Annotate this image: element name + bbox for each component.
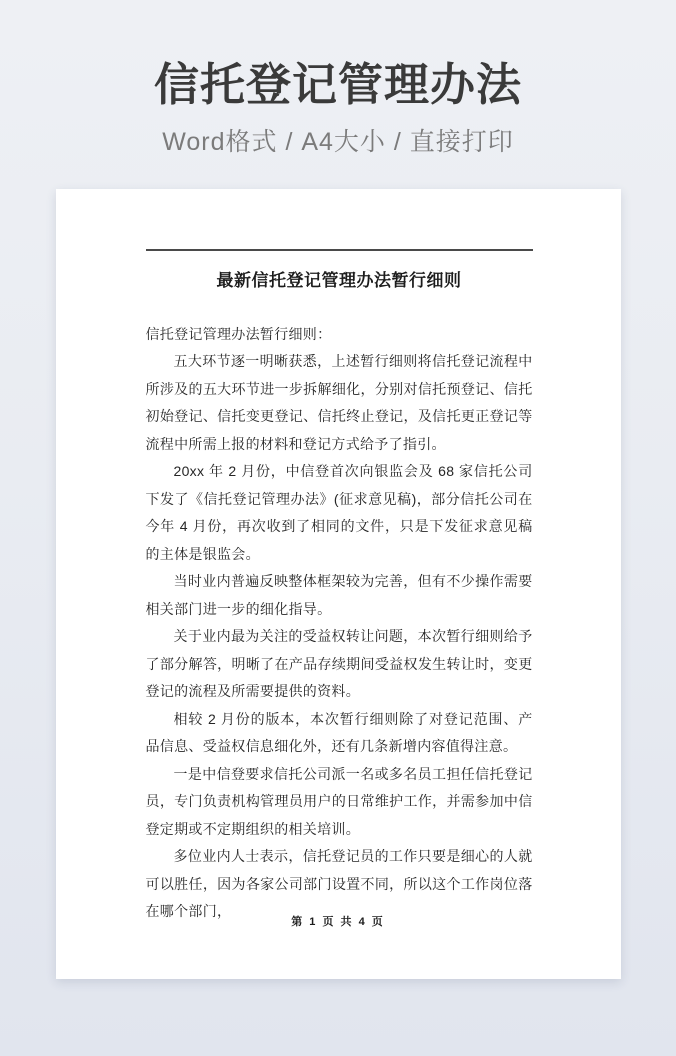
doc-paragraph: 关于业内最为关注的受益权转让问题，本次暂行细则给予了部分解答，明晰了在产品存续期… [146, 623, 533, 706]
doc-paragraph: 五大环节逐一明晰获悉，上述暂行细则将信托登记流程中所涉及的五大环节进一步拆解细化… [146, 348, 533, 458]
banner: 信托登记管理办法 Word格式 / A4大小 / 直接打印 [0, 0, 676, 158]
doc-paragraph: 20xx 年 2 月份，中信登首次向银监会及 68 家信托公司下发了《信托登记管… [146, 458, 533, 568]
document-content: 最新信托登记管理办法暂行细则 信托登记管理办法暂行细则： 五大环节逐一明晰获悉，… [56, 189, 621, 926]
banner-title: 信托登记管理办法 [0, 60, 676, 110]
document-page: 最新信托登记管理办法暂行细则 信托登记管理办法暂行细则： 五大环节逐一明晰获悉，… [56, 189, 621, 979]
doc-paragraph: 一是中信登要求信托公司派一名或多名员工担任信托登记员，专门负责机构管理员用户的日… [146, 761, 533, 844]
document-title: 最新信托登记管理办法暂行细则 [146, 266, 533, 291]
doc-paragraph: 信托登记管理办法暂行细则： [146, 321, 533, 349]
document-body: 信托登记管理办法暂行细则： 五大环节逐一明晰获悉，上述暂行细则将信托登记流程中所… [146, 321, 533, 926]
page-number: 第 1 页 共 4 页 [56, 913, 621, 929]
title-rule [146, 249, 533, 251]
doc-paragraph: 当时业内普遍反映整体框架较为完善，但有不少操作需要相关部门进一步的细化指导。 [146, 568, 533, 623]
banner-subtitle: Word格式 / A4大小 / 直接打印 [0, 122, 676, 158]
doc-paragraph: 相较 2 月份的版本，本次暂行细则除了对登记范围、产品信息、受益权信息细化外，还… [146, 706, 533, 761]
